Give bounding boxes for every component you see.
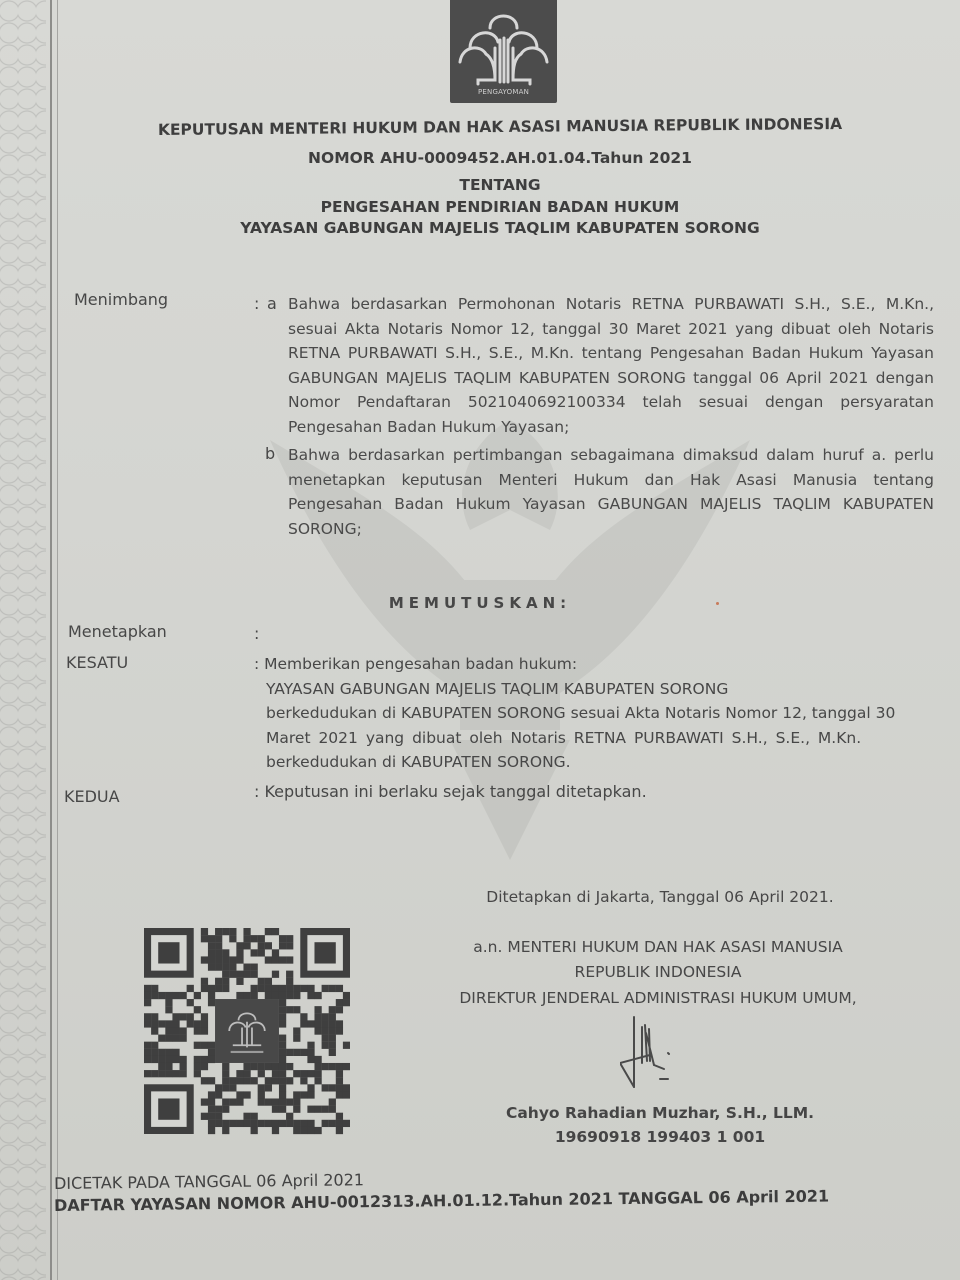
item-a-line: Pengesahan Badan Hukum Yayasan;: [288, 415, 934, 440]
menetapkan-label: Menetapkan: [68, 622, 167, 641]
place-date: Ditetapkan di Jakarta, Tanggal 06 April …: [440, 888, 880, 906]
menetapkan-colon: :: [254, 624, 259, 643]
decree-subject: PENGESAHAN PENDIRIAN BADAN HUKUM: [150, 198, 850, 216]
menimbang-colon: :: [254, 294, 259, 313]
item-a-line: Bahwa berdasarkan Permohonan Notaris RET…: [288, 292, 934, 317]
item-a-line: Nomor Pendaftaran 5021040692100334 telah…: [288, 390, 934, 415]
memutuskan-heading: MEMUTUSKAN:: [340, 594, 620, 612]
kesatu-line: YAYASAN GABUNGAN MAJELIS TAQLIM KABUPATE…: [254, 677, 934, 702]
item-b-marker: b: [265, 444, 275, 463]
item-a-marker: a: [267, 294, 277, 313]
on-behalf-line: a.n. MENTERI HUKUM DAN HAK ASASI MANUSIA: [438, 938, 878, 956]
decorative-border-pattern: [0, 0, 46, 1280]
decree-title: KEPUTUSAN MENTERI HUKUM DAN HAK ASASI MA…: [150, 115, 850, 139]
kedua-text: : Keputusan ini berlaku sejak tanggal di…: [254, 782, 647, 801]
kesatu-line: Maret 2021 yang dibuat oleh Notaris RETN…: [254, 726, 934, 751]
kesatu-line: : Memberikan pengesahan badan hukum:: [254, 652, 934, 677]
border-line: [57, 0, 58, 1280]
signature-icon: [620, 1015, 710, 1095]
signer-nip: 19690918 199403 1 001: [480, 1128, 840, 1146]
pengayoman-logo: PENGAYOMAN: [450, 0, 557, 103]
decree-tentang: TENTANG: [150, 176, 850, 194]
item-b-line: SORONG;: [288, 517, 934, 542]
kesatu-content: : Memberikan pengesahan badan hukum: YAY…: [254, 652, 934, 775]
menimbang-label: Menimbang: [74, 290, 168, 309]
on-behalf-line-2: REPUBLIK INDONESIA: [438, 963, 878, 981]
menimbang-item-a: Bahwa berdasarkan Permohonan Notaris RET…: [288, 292, 934, 439]
kedua-label: KEDUA: [64, 787, 120, 806]
logo-caption: PENGAYOMAN: [450, 88, 557, 96]
border-line: [50, 0, 52, 1280]
printed-date: DICETAK PADA TANGGAL 06 April 2021: [54, 1170, 364, 1193]
kesatu-line: berkedudukan di KABUPATEN SORONG.: [254, 750, 934, 775]
decree-number: NOMOR AHU-0009452.AH.01.04.Tahun 2021: [150, 149, 850, 167]
item-b-line: menetapkan keputusan Menteri Hukum dan H…: [288, 468, 934, 493]
signer-position: DIREKTUR JENDERAL ADMINISTRASI HUKUM UMU…: [438, 989, 878, 1007]
ink-dot: [716, 602, 719, 605]
item-a-line: GABUNGAN MAJELIS TAQLIM KABUPATEN SORONG…: [288, 366, 934, 391]
item-a-line: RETNA PURBAWATI S.H., S.E., M.Kn. tentan…: [288, 341, 934, 366]
qr-code-icon[interactable]: [144, 926, 350, 1136]
document-page: PENGAYOMAN KEPUTUSAN MENTERI HUKUM DAN H…: [0, 0, 960, 1280]
item-b-line: Pengesahan Badan Hukum Yayasan GABUNGAN …: [288, 492, 934, 517]
signer-name: Cahyo Rahadian Muzhar, S.H., LLM.: [480, 1104, 840, 1122]
kesatu-label: KESATU: [66, 653, 128, 672]
kesatu-line: berkedudukan di KABUPATEN SORONG sesuai …: [254, 701, 934, 726]
item-a-line: sesuai Akta Notaris Nomor 12, tanggal 30…: [288, 317, 934, 342]
item-b-line: Bahwa berdasarkan pertimbangan sebagaima…: [288, 443, 934, 468]
menimbang-item-b: Bahwa berdasarkan pertimbangan sebagaima…: [288, 443, 934, 541]
foundation-name-heading: YAYASAN GABUNGAN MAJELIS TAQLIM KABUPATE…: [150, 219, 850, 237]
